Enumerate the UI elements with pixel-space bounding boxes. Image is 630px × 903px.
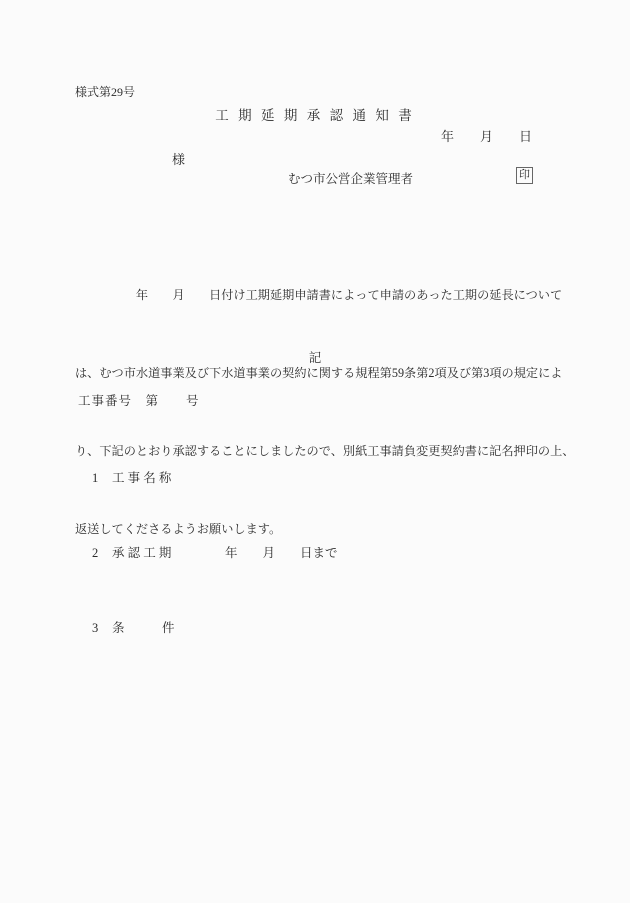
- item-value: 年 月 日まで: [225, 546, 338, 560]
- item-label: 承 認 工 期: [112, 541, 225, 566]
- item-number: 2: [92, 541, 112, 566]
- list-item-conditions: 3条 件: [92, 616, 338, 641]
- work-number-line: 工事番号 第 号: [78, 391, 200, 409]
- items-list: 1工 事 名 称 2承 認 工 期年 月 日まで 3条 件: [92, 416, 338, 691]
- item-label: 工 事 名 称: [112, 466, 225, 491]
- issuer-name: むつ市公営企業管理者: [288, 169, 413, 187]
- addressee-honorific: 様: [172, 149, 185, 168]
- list-item-work-name: 1工 事 名 称: [92, 466, 338, 491]
- issue-date-line: 年 月 日: [441, 126, 532, 145]
- list-item-approved-period: 2承 認 工 期年 月 日まで: [92, 541, 338, 566]
- document-page: 様式第29号 工 期 延 期 承 認 通 知 書 年 月 日 様 むつ市公営企業…: [0, 0, 630, 903]
- seal-stamp-box: 印: [516, 167, 533, 184]
- item-number: 1: [92, 466, 112, 491]
- form-number: 様式第29号: [75, 83, 135, 100]
- record-marker: 記: [0, 348, 630, 366]
- item-number: 3: [92, 616, 112, 641]
- page-title: 工 期 延 期 承 認 通 知 書: [0, 104, 630, 124]
- item-label: 条 件: [112, 616, 225, 641]
- body-line-1: 年 月 日付け工期延期申請書によって申請のあった工期の延長について: [75, 282, 574, 308]
